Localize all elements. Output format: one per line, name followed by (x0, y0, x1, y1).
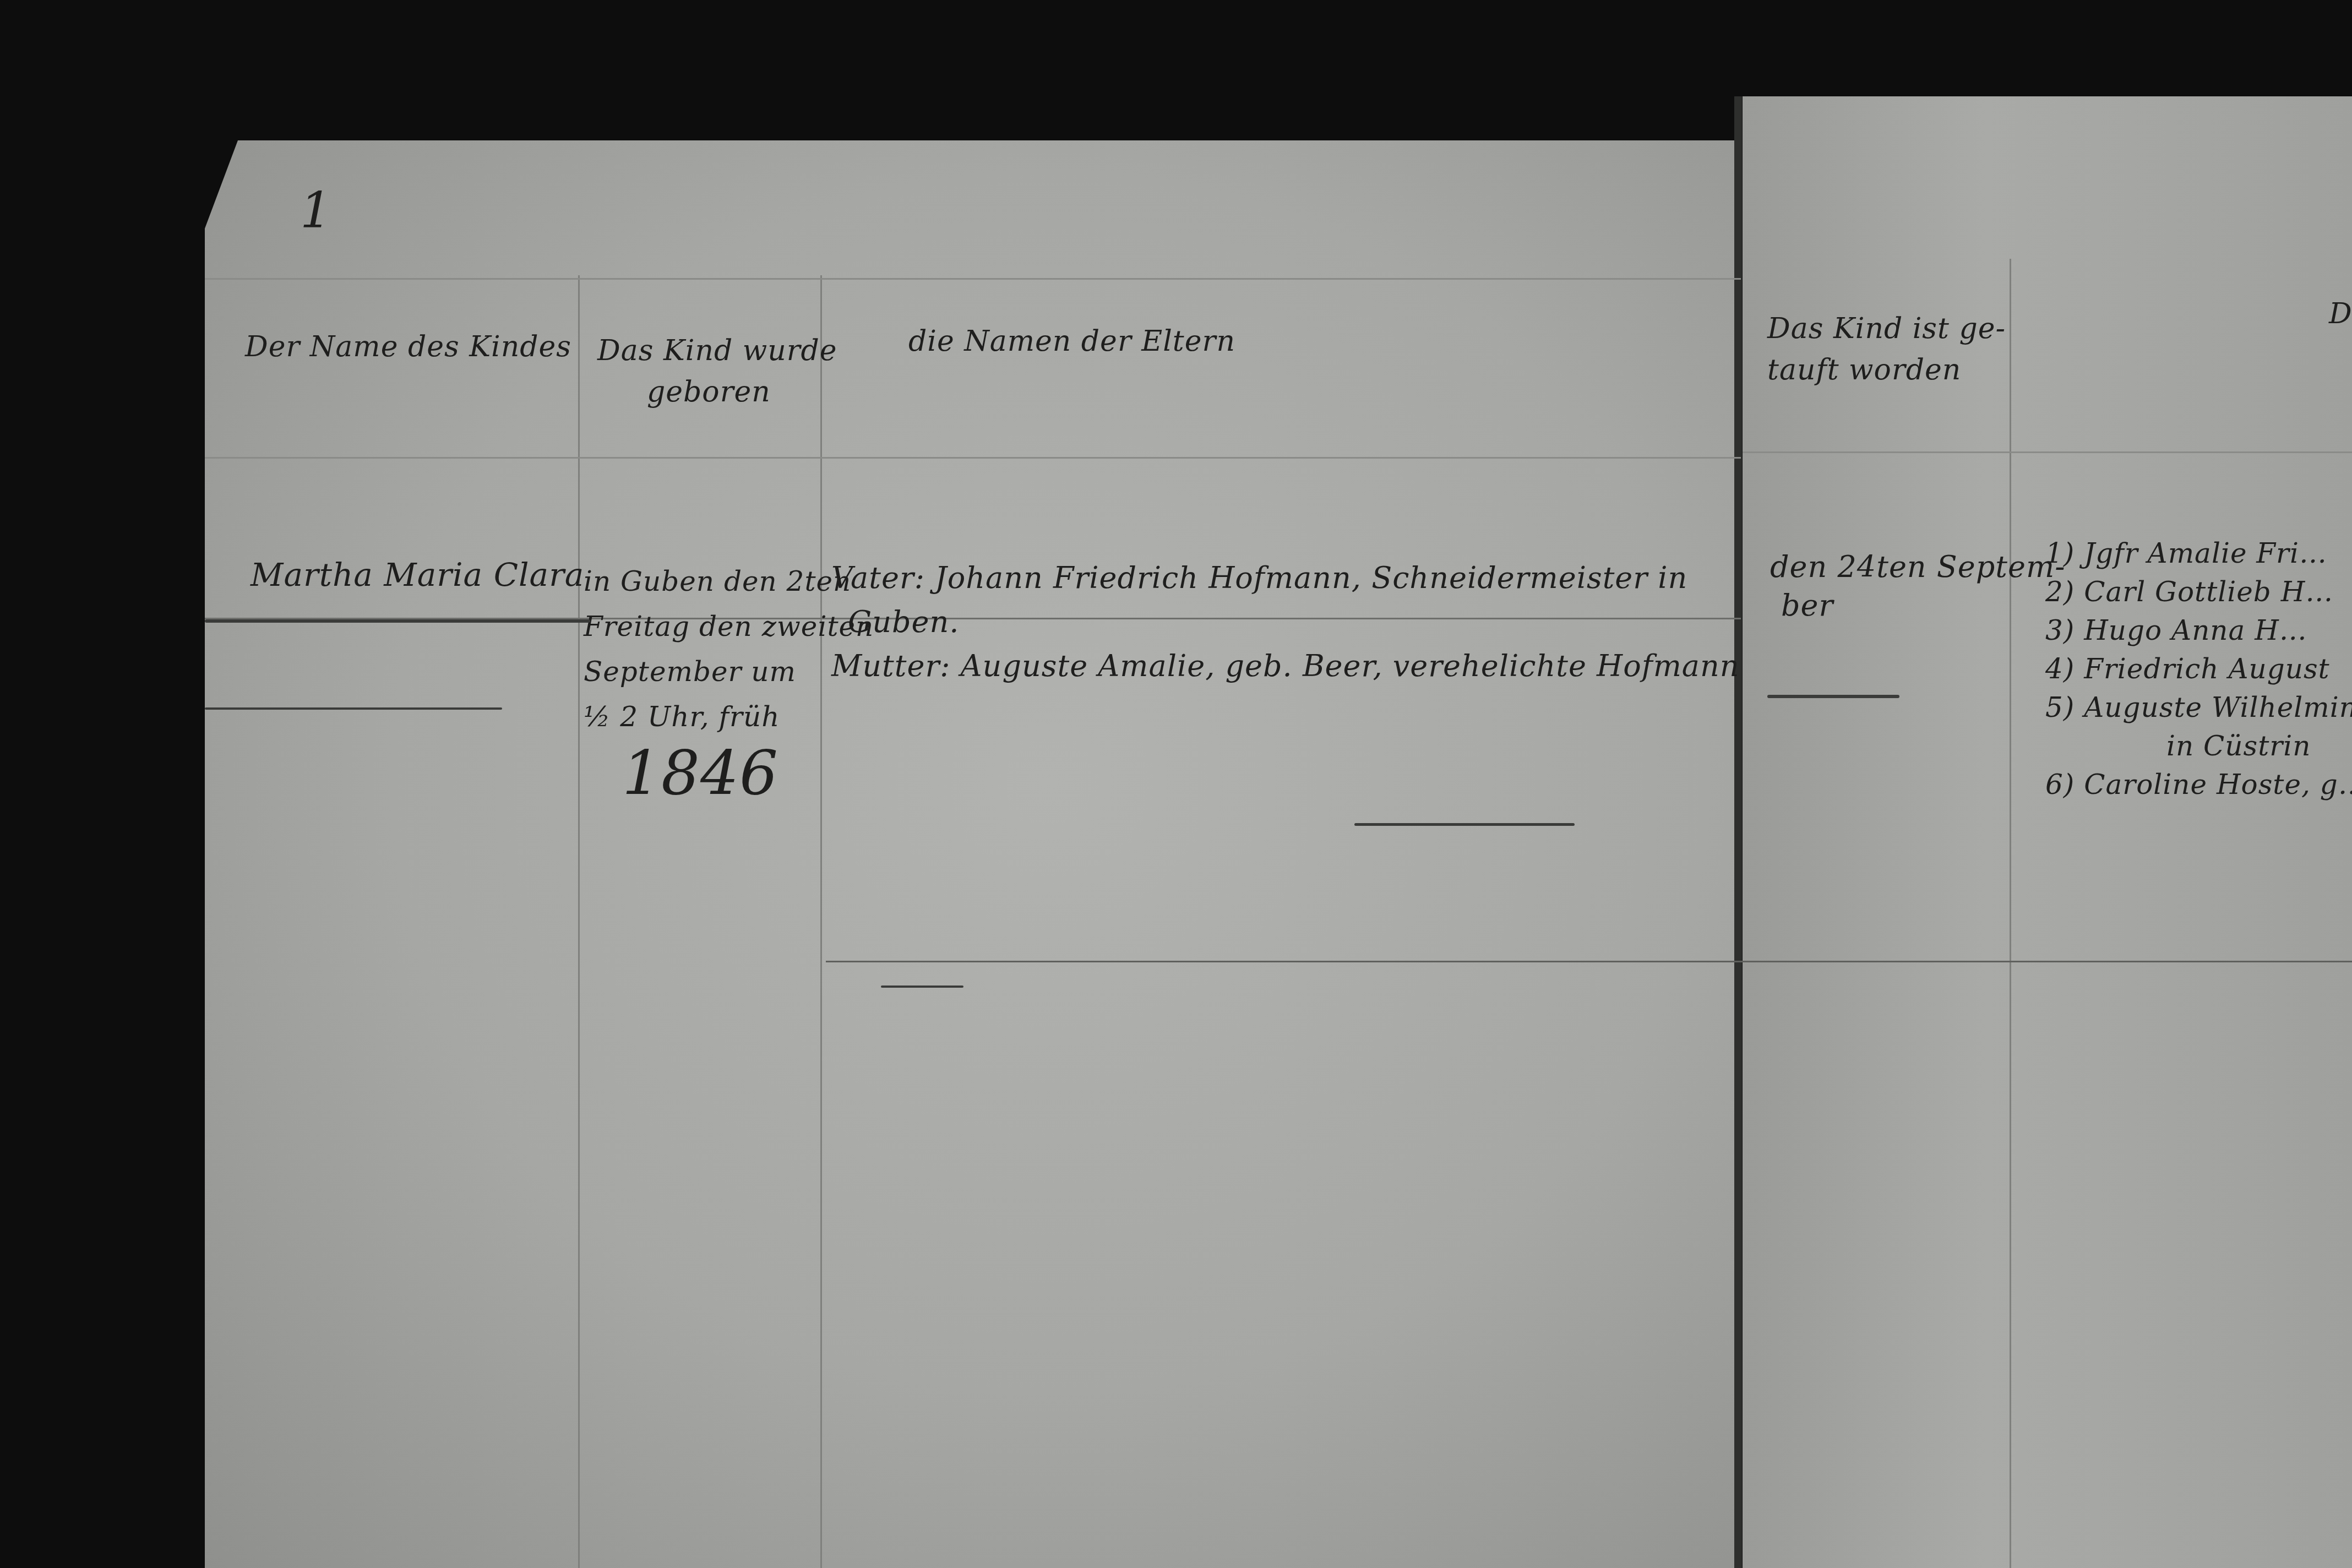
godparent-item: 6) Caroline Hoste, g… (2045, 765, 2352, 804)
mother-line: Mutter: Auguste Amalie, geb. Beer, vereh… (831, 644, 1740, 688)
godparent-item: 2) Carl Gottlieb H… (2045, 573, 2352, 611)
header-godparents-partial: D... (2329, 297, 2352, 330)
header-baptized: Das Kind ist ge- tauft worden (1767, 308, 2006, 391)
header-born: Das Kind wurde geboren (597, 330, 837, 413)
torn-corner (205, 140, 238, 228)
row-rule (205, 278, 1741, 280)
baptism-line: ber (1770, 586, 2065, 625)
header-parents: die Namen der Eltern (908, 325, 1235, 358)
ink-stroke (1354, 823, 1575, 826)
birth-line: in Guben den 2ten (584, 559, 874, 604)
godparent-item: 5) Auguste Wilhelmine (2045, 688, 2352, 727)
godparent-item-place: in Cüstrin (2045, 727, 2352, 765)
row-rule (1743, 451, 2352, 453)
father-line: Guben. (831, 600, 1740, 644)
column-rule (578, 275, 580, 1568)
birth-line: ½ 2 Uhr, früh (584, 694, 874, 739)
godparent-item: 4) Friedrich August (2045, 650, 2352, 688)
birth-line: September um (584, 649, 874, 694)
ink-stroke (205, 707, 502, 710)
birth-details: in Guben den 2ten Freitag den zweiten Se… (584, 559, 874, 739)
baptism-line: den 24ten Septem- (1770, 548, 2065, 586)
godparent-item: 1) Jgfr Amalie Fri… (2045, 534, 2352, 573)
birth-year: 1846 (622, 738, 778, 808)
baptism-date: den 24ten Septem- ber (1770, 548, 2065, 625)
header-baptized-line2: tauft worden (1767, 350, 2006, 391)
birth-line: Freitag den zweiten (584, 604, 874, 649)
ink-stroke (1767, 695, 1899, 698)
column-rule (820, 275, 822, 1568)
entry-number: 1 (300, 182, 332, 239)
ink-stroke (881, 986, 963, 988)
godparent-item: 3) Hugo Anna H… (2045, 611, 2352, 650)
header-child-name: Der Name des Kindes (245, 330, 571, 363)
header-baptized-line1: Das Kind ist ge- (1767, 308, 2006, 350)
parents: Vater: Johann Friedrich Hofmann, Schneid… (831, 556, 1740, 688)
header-born-line2: geboren (597, 372, 837, 413)
page-gutter (1734, 96, 1742, 1568)
column-rule (2010, 259, 2011, 1568)
father-line: Vater: Johann Friedrich Hofmann, Schneid… (831, 556, 1740, 600)
godparents-list: 1) Jgfr Amalie Fri… 2) Carl Gottlieb H… … (2045, 534, 2352, 804)
row-rule (205, 457, 1741, 459)
child-name: Martha Maria Clara (251, 556, 584, 594)
header-born-line1: Das Kind wurde (597, 330, 837, 372)
ink-stroke (205, 619, 590, 623)
row-rule (826, 961, 2352, 962)
